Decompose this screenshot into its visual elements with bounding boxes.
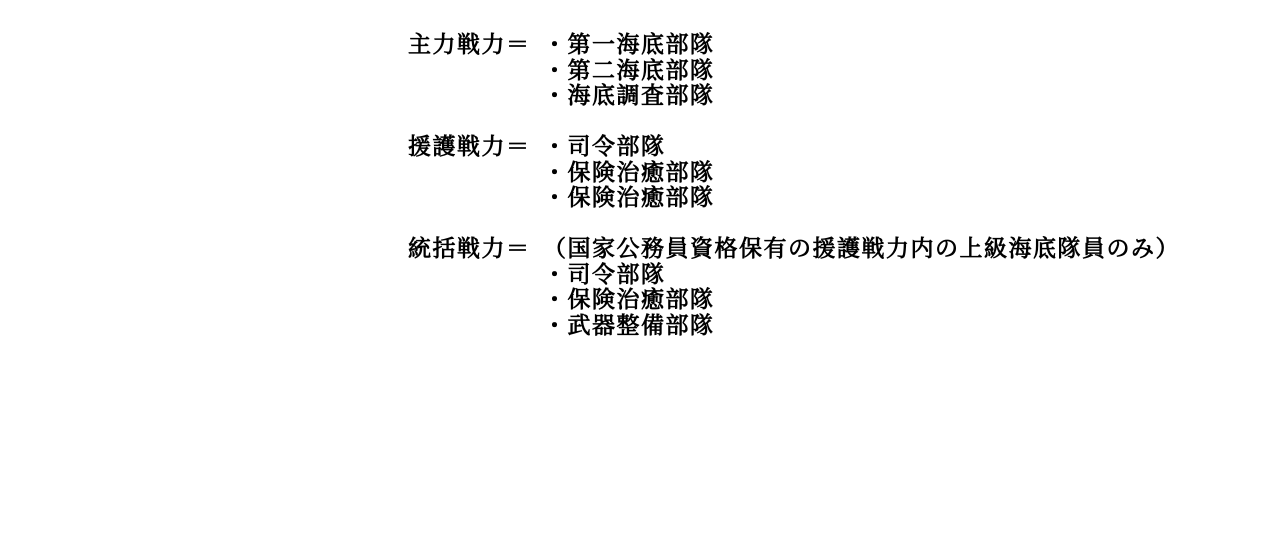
bullet-icon: ・: [543, 314, 568, 340]
unit-name: 保険治癒部隊: [568, 186, 715, 212]
unit-name: 司令部隊: [568, 135, 666, 161]
list-item: ・武器整備部隊: [543, 314, 1180, 340]
bullet-icon: ・: [543, 161, 568, 187]
unit-name: 海底調査部隊: [568, 84, 715, 110]
force-structure-document: 主力戦力＝ ・第一海底部隊 ・第二海底部隊 ・海底調査部隊 援護戦力＝ ・司令部…: [408, 33, 1180, 339]
bullet-icon: ・: [543, 59, 568, 85]
bullet-icon: ・: [543, 84, 568, 110]
unit-name: 保険治癒部隊: [568, 288, 715, 314]
bullet-icon: ・: [543, 288, 568, 314]
bullet-icon: ・: [543, 135, 568, 161]
unit-name: 司令部隊: [568, 263, 666, 289]
force-group-label: 主力戦力＝: [408, 33, 543, 59]
unit-name: 保険治癒部隊: [568, 161, 715, 187]
force-group-items: ・第一海底部隊 ・第二海底部隊 ・海底調査部隊: [543, 33, 715, 110]
list-item: ・第二海底部隊: [543, 59, 715, 85]
force-group-label: 統括戦力＝: [408, 237, 543, 263]
unit-name: 第二海底部隊: [568, 59, 715, 85]
force-group-main: 主力戦力＝ ・第一海底部隊 ・第二海底部隊 ・海底調査部隊: [408, 33, 1180, 110]
bullet-icon: ・: [543, 33, 568, 59]
list-item: ・司令部隊: [543, 263, 1180, 289]
list-item: ・保険治癒部隊: [543, 161, 715, 187]
force-group-items: （国家公務員資格保有の援護戦力内の上級海底隊員のみ） ・司令部隊 ・保険治癒部隊…: [543, 237, 1180, 339]
unit-name: 武器整備部隊: [568, 314, 715, 340]
force-group-support: 援護戦力＝ ・司令部隊 ・保険治癒部隊 ・保険治癒部隊: [408, 135, 1180, 212]
bullet-icon: ・: [543, 263, 568, 289]
force-group-items: ・司令部隊 ・保険治癒部隊 ・保険治癒部隊: [543, 135, 715, 212]
list-item: ・第一海底部隊: [543, 33, 715, 59]
list-item: ・海底調査部隊: [543, 84, 715, 110]
force-group-overall: 統括戦力＝ （国家公務員資格保有の援護戦力内の上級海底隊員のみ） ・司令部隊 ・…: [408, 237, 1180, 339]
list-item: ・保険治癒部隊: [543, 186, 715, 212]
force-group-note: （国家公務員資格保有の援護戦力内の上級海底隊員のみ）: [543, 237, 1180, 263]
list-item: ・司令部隊: [543, 135, 715, 161]
force-group-label: 援護戦力＝: [408, 135, 543, 161]
unit-name: 第一海底部隊: [568, 33, 715, 59]
bullet-icon: ・: [543, 186, 568, 212]
list-item: ・保険治癒部隊: [543, 288, 1180, 314]
